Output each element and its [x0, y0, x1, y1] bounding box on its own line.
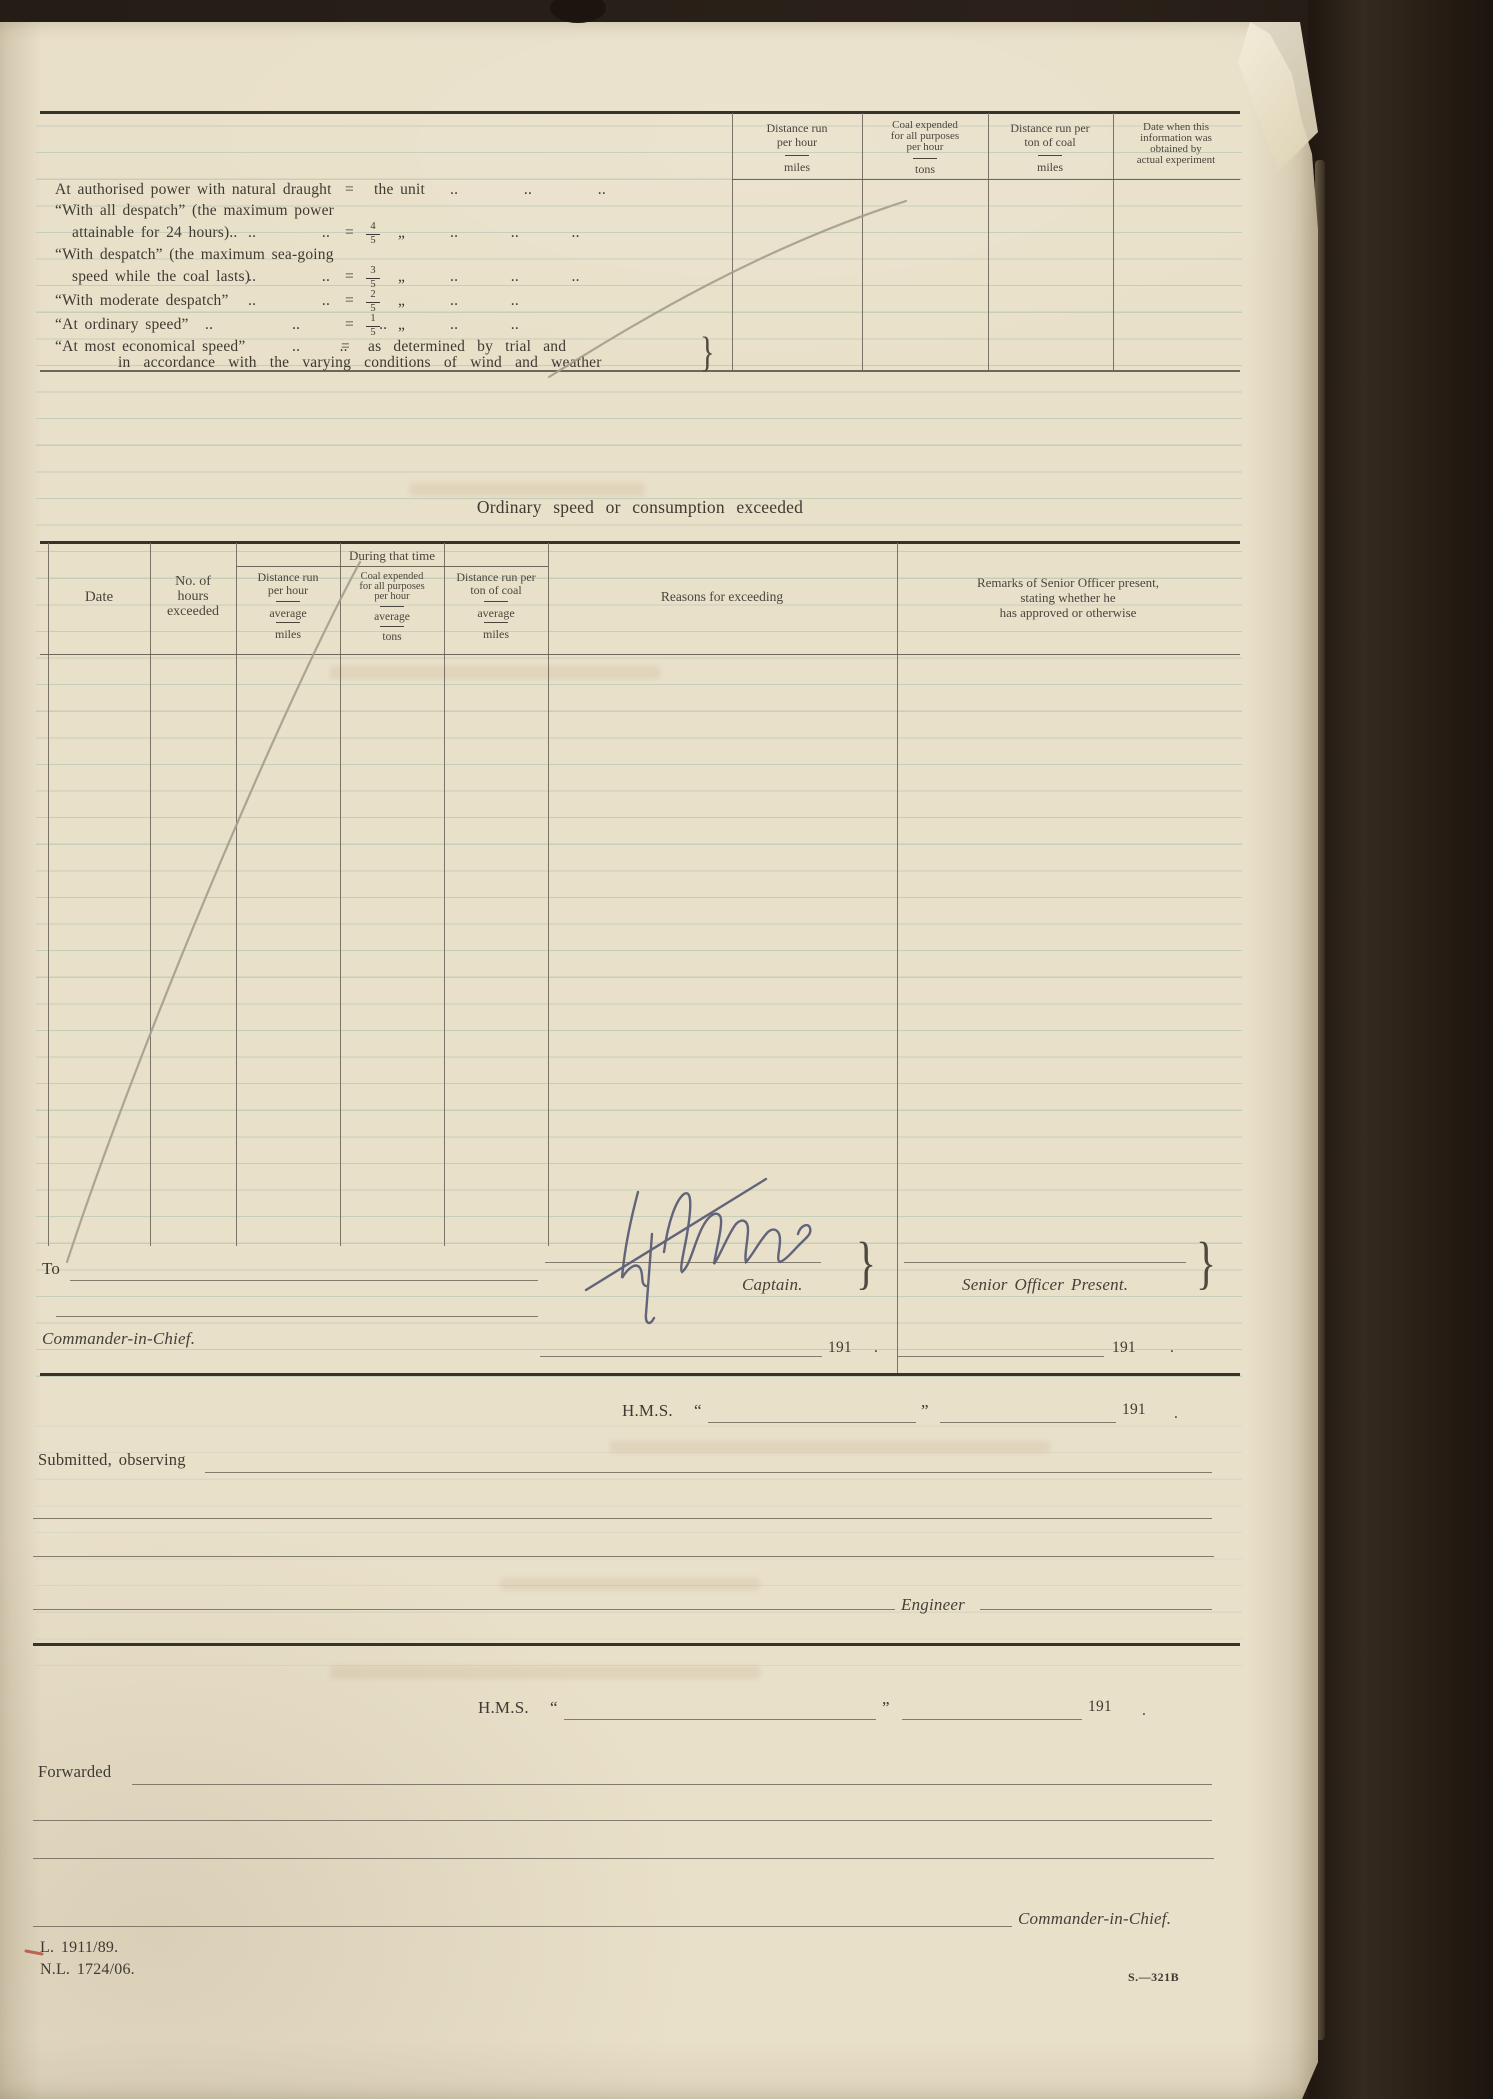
table2-column-line: [340, 543, 341, 1246]
header-dash: [913, 158, 937, 159]
col-average-label-3: average: [477, 607, 514, 619]
ink-bleedthrough: [330, 666, 660, 679]
hms-label-2: H.M.S.: [478, 1697, 529, 1718]
table2-column-line: [548, 543, 549, 1246]
during-that-time-underline: [236, 566, 548, 567]
open-quote-2: “: [550, 1697, 558, 1718]
submitted-observing-label: Submitted, observing: [38, 1450, 186, 1471]
header-dash: [276, 622, 300, 623]
ink-bleedthrough: [610, 1441, 1050, 1453]
forwarded-label: Forwarded: [38, 1762, 111, 1783]
submitted-fill-line: [205, 1472, 1212, 1473]
row-label-ordinary-speed: “At ordinary speed”: [55, 315, 189, 334]
captain-label: Captain.: [742, 1274, 803, 1295]
group-header-during-that-time: During that time: [349, 549, 435, 562]
year-dot-1: .: [1174, 1404, 1178, 1423]
senior-officer-label: Senior Officer Present.: [962, 1274, 1128, 1295]
table1-top-rule: [40, 111, 1240, 114]
row-label-with-despatch-2: speed while the coal lasts): [72, 267, 250, 286]
col-header-date-experiment-4: actual experiment: [1137, 155, 1216, 166]
table1-header-underline: [732, 179, 1240, 180]
col-header-remarks-2: stating whether he: [1020, 591, 1115, 604]
senior-officer-signature-line: [904, 1262, 1186, 1263]
commander-in-chief-label: Commander-in-Chief.: [42, 1328, 195, 1349]
engineer-line-left: [33, 1609, 895, 1610]
senior-officer-year-191: 191: [1112, 1338, 1136, 1357]
form-reference-2: N.L. 1724/06.: [40, 1960, 135, 1980]
equals-sign: =: [345, 267, 354, 286]
col-average-label-2: average: [374, 612, 410, 624]
open-quote-1: “: [694, 1400, 702, 1421]
leader-dots: .. .. ..: [450, 267, 580, 286]
section-title: Ordinary speed or consumption exceeded: [40, 497, 1240, 519]
col-header-distance-per-hour-2: per hour: [777, 136, 817, 148]
table1-column-line: [862, 113, 863, 371]
header-dash: [484, 601, 508, 602]
col-header-distance-per-hour: Distance run: [767, 122, 828, 134]
row-label-with-despatch: “With despatch” (the maximum sea-going: [55, 245, 334, 264]
to-fill-line: [70, 1280, 538, 1281]
header-dash: [380, 606, 404, 607]
row-label-with-all-despatch-2: attainable for 24 hours)..: [72, 223, 238, 242]
blank-writing-line: [33, 1820, 1212, 1821]
engineer-line-right: [980, 1609, 1212, 1610]
hms-label-1: H.M.S.: [622, 1400, 673, 1421]
row-label-moderate-despatch: “With moderate despatch”: [55, 291, 229, 310]
table2-remarks-column-line: [897, 543, 898, 1375]
year-191-1: 191: [1122, 1400, 1146, 1419]
col-header-distance-per-hour-avg-2: per hour: [268, 584, 308, 596]
table1-column-line: [732, 113, 733, 371]
engineer-label: Engineer: [901, 1594, 965, 1615]
ink-bleedthrough: [330, 1666, 760, 1679]
senior-officer-year-dot: .: [1170, 1338, 1174, 1357]
book-binding-cover: [1308, 0, 1493, 2099]
leader-dots: .. ..: [450, 315, 519, 334]
col-unit-tons: tons: [915, 163, 935, 175]
captain-signature-line: [545, 1262, 821, 1263]
to-fill-line-2: [56, 1316, 538, 1317]
row-label-economical-speed-2: in accordance with the varying condition…: [118, 353, 602, 372]
table2-top-rule: [40, 541, 1240, 544]
leader-dots: .. ..: [450, 291, 519, 310]
col-unit-tons-avg: tons: [382, 632, 401, 644]
leader-dots: .. .. ..: [205, 315, 387, 334]
year-191-2: 191: [1088, 1697, 1112, 1716]
commander-in-chief-label-2: Commander-in-Chief.: [1018, 1908, 1171, 1929]
col-header-distance-per-ton-avg-2: ton of coal: [470, 584, 521, 596]
col-header-hours-exceeded-2: hours: [177, 590, 208, 604]
table2-bottom-rule: [40, 1373, 1240, 1376]
date-line-2: [902, 1719, 1082, 1720]
table1-column-line: [988, 113, 989, 371]
ink-bleedthrough: [410, 483, 645, 496]
paper-sheet: Distance run per hour miles Coal expende…: [0, 22, 1318, 2099]
captain-date-line: [540, 1356, 822, 1357]
col-header-remarks: Remarks of Senior Officer present,: [977, 576, 1159, 589]
ditto-mark: „: [398, 267, 405, 286]
close-quote-1: ”: [921, 1400, 929, 1421]
equals-sign: =: [345, 291, 354, 310]
senior-officer-brace: }: [1196, 1234, 1216, 1292]
leader-dots: .. ..: [248, 223, 330, 242]
fraction-four-fifths: 45: [366, 222, 380, 247]
row-label-authorised-power: At authorised power with natural draught: [55, 180, 332, 199]
ink-bleedthrough: [500, 1578, 760, 1590]
to-label: To: [42, 1258, 60, 1279]
header-dash: [785, 155, 809, 156]
col-header-hours-exceeded-3: exceeded: [167, 605, 219, 619]
blank-writing-line: [33, 1556, 1214, 1557]
section-divider-rule: [33, 1643, 1240, 1646]
header-dash: [484, 622, 508, 623]
col-header-date: Date: [85, 590, 113, 605]
equals-sign: =: [345, 180, 354, 199]
fraction-three-fifths: 35: [366, 266, 380, 291]
row-label-with-all-despatch: “With all despatch” (the maximum power: [55, 201, 334, 220]
close-quote-2: ”: [882, 1697, 890, 1718]
blank-writing-line: [33, 1518, 1212, 1519]
table2-left-line: [48, 543, 49, 1246]
ship-name-line-1: [708, 1422, 916, 1423]
header-dash: [380, 626, 404, 627]
captain-brace: }: [856, 1234, 876, 1292]
col-header-distance-per-ton-avg: Distance run per: [456, 571, 535, 583]
col-unit-miles-avg-2: miles: [483, 628, 509, 640]
header-dash: [276, 601, 300, 602]
ditto-mark: „: [398, 291, 405, 310]
date-line-1: [940, 1422, 1116, 1423]
ditto-mark: „: [398, 223, 405, 242]
table2-header-bottom-line: [40, 654, 1240, 655]
row-value-the-unit: the unit: [374, 180, 425, 199]
col-header-hours-exceeded: No. of: [175, 575, 211, 589]
col-header-distance-per-ton: Distance run per: [1010, 122, 1089, 134]
leader-dots: .. .. ..: [450, 180, 606, 199]
equals-sign: =: [345, 315, 354, 334]
col-header-remarks-3: has approved or otherwise: [1000, 606, 1137, 619]
ship-name-line-2: [564, 1719, 876, 1720]
scanned-form-page: Distance run per hour miles Coal expende…: [0, 0, 1493, 2099]
leader-dots: .. ..: [248, 267, 330, 286]
col-unit-miles: miles: [784, 161, 810, 173]
printer-code: S.—321B: [1128, 1970, 1179, 1985]
col-header-coal-avg-3: per hour: [374, 592, 409, 603]
fraction-one-fifth: 15: [366, 314, 380, 339]
captain-year-191: 191: [828, 1338, 852, 1357]
form-reference-1: L. 1911/89.: [40, 1938, 118, 1958]
table2-column-line: [236, 543, 237, 1246]
col-header-distance-per-ton-2: ton of coal: [1024, 136, 1075, 148]
equals-sign: =: [345, 223, 354, 242]
table2-column-line: [444, 543, 445, 1246]
col-unit-miles-avg: miles: [275, 628, 301, 640]
col-header-reasons: Reasons for exceeding: [661, 590, 783, 604]
senior-officer-date-line: [898, 1356, 1104, 1357]
leader-dots: .. ..: [248, 291, 330, 310]
scan-edge-blob: [550, 0, 606, 23]
ditto-mark: „: [398, 315, 405, 334]
col-unit-miles-2: miles: [1037, 161, 1063, 173]
leader-dots: .. .. ..: [450, 223, 580, 242]
commander-signature-line: [33, 1926, 1012, 1927]
row-brace: }: [700, 332, 715, 374]
col-average-label: average: [269, 607, 306, 619]
blank-writing-line: [33, 1858, 1214, 1859]
col-header-coal-expended-3: per hour: [907, 142, 944, 153]
table1-column-line: [1113, 113, 1114, 371]
header-dash: [1038, 155, 1062, 156]
fraction-two-fifths: 25: [366, 290, 380, 315]
captain-year-dot: .: [874, 1338, 878, 1357]
year-dot-2: .: [1142, 1701, 1146, 1720]
table2-column-line: [150, 543, 151, 1246]
col-header-distance-per-hour-avg: Distance run: [258, 571, 319, 583]
forwarded-fill-line: [132, 1784, 1212, 1785]
